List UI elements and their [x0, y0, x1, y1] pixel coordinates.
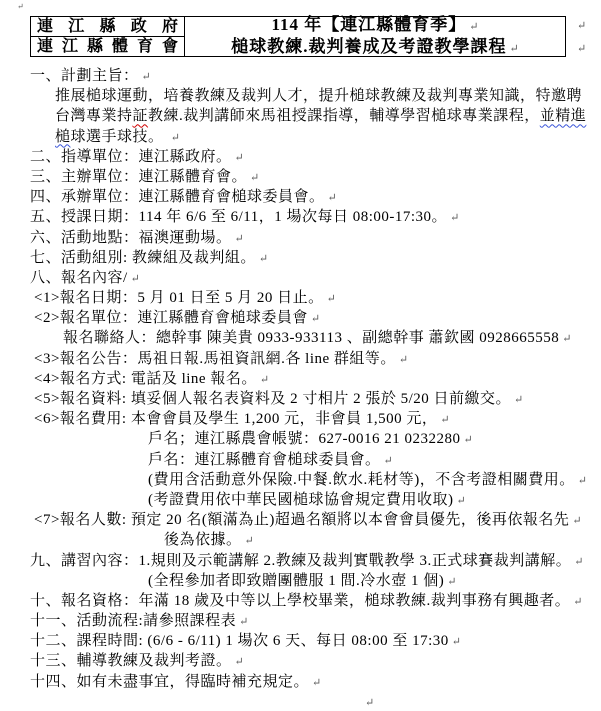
text-run: (考證費用依中華民國槌球協會規定費用收取) — [148, 492, 454, 508]
doc-line: 報名聯絡人：總幹事 陳美貴 0933-933113 、副總幹事 蕭欽國 0928… — [0, 328, 601, 348]
text-run: 一、計劃主旨： — [30, 68, 139, 84]
paragraph-mark: ↵ — [450, 212, 459, 224]
text-run: 戶名；連江縣農會帳號：627-0016 21 0232280 — [148, 431, 461, 447]
text-run: 台灣專業持 — [55, 108, 133, 124]
doc-line: 三、主辦單位：連江縣體育會。↵ — [0, 167, 601, 187]
text-run: <6>報名費用: 本會會員及學生 1,200 元，非會員 1,500 元， — [34, 411, 437, 427]
text-run: 二、指導單位：連江縣政府。 — [30, 149, 232, 165]
paragraph-mark: ↵ — [447, 576, 456, 588]
text-run: 六、活動地點：福澳運動場。 — [30, 230, 232, 246]
doc-line: 台灣專業持証教練.裁判講師來馬祖授課指導，輔導學習槌球專業課程，並精進 — [0, 106, 601, 126]
text-run: <4>報名方式: 電話及 line 報名。 — [34, 371, 257, 387]
paragraph-mark: ↵ — [312, 677, 321, 689]
org-name-sports-association: 連江縣體育會 — [31, 37, 184, 56]
doc-line: 槌球選手球技。 ↵ — [0, 127, 601, 147]
doc-line: <3>報名公告：馬祖日報.馬祖資訊網.各 line 群組等。↵ — [0, 349, 601, 369]
paragraph-mark: ↵ — [577, 19, 586, 32]
paragraph-mark: ↵ — [384, 455, 393, 467]
doc-line: 九、講習內容：1.規則及示範講解 2.教練及裁判實戰教學 3.正式球賽裁判講解。… — [0, 551, 601, 571]
doc-line: 五、授課日期：114 年 6/6 至 6/11，1 場次每日 08:00-17:… — [0, 207, 601, 227]
doc-line: 十、報名資格：年滿 18 歲及中等以上學校畢業，槌球教練.裁判事務有興趣者。↵ — [0, 591, 601, 611]
misspelled-text: 証 — [133, 108, 149, 124]
doc-line: 八、報名內容/↵ — [0, 268, 601, 288]
doc-line: (考證費用依中華民國槌球協會規定費用收取)↵ — [0, 490, 601, 510]
org-name-government: 連江縣政府 — [31, 17, 184, 37]
text-run: (全程參加者即致贈團體服 1 間.冷水壺 1 個) — [148, 573, 444, 589]
doc-line: 後為依據。↵ — [0, 530, 601, 550]
doc-line: <2>報名單位：連江縣體育會槌球委員會↵ — [0, 308, 601, 328]
paragraph-mark: ↵ — [574, 556, 583, 568]
paragraph-mark: ↵ — [327, 293, 336, 305]
paragraph-mark: ↵ — [399, 354, 408, 366]
paragraph-mark: ↵ — [245, 535, 254, 547]
text-run: <3>報名公告：馬祖日報.馬祖資訊網.各 line 群組等。 — [34, 351, 396, 367]
document-title-line-1: 114 年【連江縣體育季】↵ — [185, 15, 565, 37]
doc-line: (費用含活動意外保險.中餐.飲水.耗材等)，不含考證相關費用。↵ — [0, 470, 601, 490]
text-run: 八、報名內容/ — [30, 270, 128, 286]
doc-line: 六、活動地點：福澳運動場。↵ — [0, 228, 601, 248]
paragraph-mark: ↵ — [235, 152, 244, 164]
misspelled-text: 槌 — [55, 129, 71, 145]
paragraph-mark: ↵ — [328, 192, 337, 204]
text-run: (費用含活動意外保險.中餐.飲水.耗材等)，不含考證相關費用。 — [148, 472, 575, 488]
header-table: 連江縣政府 連江縣體育會 114 年【連江縣體育季】↵ 槌球教練.裁判養成及考證… — [30, 16, 566, 57]
paragraph-mark: ↵ — [562, 333, 571, 345]
doc-line: <1>報名日期：5 月 01 日至 5 月 20 日止。↵ — [0, 288, 601, 308]
doc-line: 十四、如有未盡事宜，得臨時補充規定。↵ — [0, 672, 601, 692]
text-run: <5>報名資料: 填妥個人報名表資料及 2 寸相片 2 張於 5/20 日前繳交… — [34, 391, 511, 407]
doc-line: 戶名：連江縣體育會槌球委員會。↵ — [0, 450, 601, 470]
doc-line: 十二、課程時間: (6/6 - 6/11) 1 場次 6 天、每日 08:00 … — [0, 631, 601, 651]
text-run: 十二、課程時間: (6/6 - 6/11) 1 場次 6 天、每日 08:00 … — [30, 633, 449, 649]
text-run: 戶名：連江縣體育會槌球委員會。 — [148, 452, 381, 468]
paragraph-mark: ↵ — [235, 656, 244, 668]
document-page: { "colors": { "background": "#ffffff", "… — [0, 0, 601, 711]
paragraph-mark: ↵ — [131, 273, 140, 285]
paragraph-mark: ↵ — [577, 42, 586, 55]
text-run: 十一、活動流程:請參照課程表 — [30, 613, 236, 629]
paragraph-mark: ↵ — [510, 43, 519, 55]
text-run: 五、授課日期：114 年 6/6 至 6/11，1 場次每日 08:00-17:… — [30, 209, 447, 225]
text-run: 球選手球技。 — [71, 129, 168, 145]
paragraph-mark: ↵ — [259, 253, 268, 265]
header-org-column: 連江縣政府 連江縣體育會 — [31, 17, 185, 56]
doc-line: <4>報名方式: 電話及 line 報名。↵ — [0, 369, 601, 389]
paragraph-mark: ↵ — [452, 636, 461, 648]
doc-line: ↵ — [0, 692, 601, 711]
text-run: 九、講習內容：1.規則及示範講解 2.教練及裁判實戰教學 3.正式球賽裁判講解。 — [30, 553, 571, 569]
doc-line: <6>報名費用: 本會會員及學生 1,200 元，非會員 1,500 元，↵ — [0, 409, 601, 429]
doc-line: 七、活動組別: 教練組及裁判組。↵ — [0, 248, 601, 268]
doc-line: <7>報名人數: 預定 20 名(額滿為止)超過名額將以本會會員優先，後再依報名… — [0, 510, 601, 530]
text-run: 報名聯絡人：總幹事 陳美貴 0933-933113 、副總幹事 蕭欽國 0928… — [63, 330, 559, 346]
paragraph-mark: ↵ — [572, 515, 581, 527]
misspelled-text: 並精進 — [540, 108, 587, 124]
doc-line: <5>報名資料: 填妥個人報名表資料及 2 寸相片 2 張於 5/20 日前繳交… — [0, 389, 601, 409]
document-lines: 一、計劃主旨：↵推展槌球運動，培養教練及裁判人才，提升槌球教練及裁判專業知識，特… — [0, 66, 601, 711]
document-title-line-2: 槌球教練.裁判養成及考證教學課程↵ — [185, 37, 565, 59]
text-run: 三、主辦單位：連江縣體育會。 — [30, 169, 247, 185]
text-run: 推展槌球運動，培養教練及裁判人才，提升槌球教練及裁判專業知識，特邀聘 — [55, 88, 582, 104]
paragraph-mark: ↵ — [578, 475, 587, 487]
text-run: 十三、輔導教練及裁判考證。 — [30, 653, 232, 669]
paragraph-mark: ↵ — [239, 616, 248, 628]
text-run: <2>報名單位：連江縣體育會槌球委員會 — [34, 310, 308, 326]
header-title-column: 114 年【連江縣體育季】↵ 槌球教練.裁判養成及考證教學課程↵ — [185, 17, 565, 56]
paragraph-mark: ↵ — [469, 21, 478, 33]
title-text: 114 年【連江縣體育季】 — [271, 15, 466, 34]
text-run: 後為依據。 — [164, 532, 242, 548]
doc-line: 四、承辦單位：連江縣體育會槌球委員會。↵ — [0, 187, 601, 207]
doc-line: 二、指導單位：連江縣政府。↵ — [0, 147, 601, 167]
paragraph-mark: ↵ — [17, 2, 24, 11]
doc-line: 十三、輔導教練及裁判考證。↵ — [0, 651, 601, 671]
doc-line: 十一、活動流程:請參照課程表↵ — [0, 611, 601, 631]
paragraph-mark: ↵ — [514, 394, 523, 406]
text-run: 十四、如有未盡事宜，得臨時補充規定。 — [30, 674, 309, 690]
text-run: <1>報名日期：5 月 01 日至 5 月 20 日止。 — [34, 290, 324, 306]
text-run: 四、承辦單位：連江縣體育會槌球委員會。 — [30, 189, 325, 205]
paragraph-mark: ↵ — [365, 697, 374, 709]
paragraph-mark: ↵ — [464, 434, 473, 446]
paragraph-mark: ↵ — [440, 414, 449, 426]
paragraph-mark: ↵ — [573, 596, 582, 608]
paragraph-mark: ↵ — [171, 132, 180, 144]
paragraph-mark: ↵ — [457, 495, 466, 507]
paragraph-mark: ↵ — [260, 374, 269, 386]
paragraph-mark: ↵ — [235, 233, 244, 245]
text-run: <7>報名人數: 預定 20 名(額滿為止)超過名額將以本會會員優先，後再依報名… — [34, 512, 569, 528]
paragraph-mark: ↵ — [250, 172, 259, 184]
text-run: 十、報名資格：年滿 18 歲及中等以上學校畢業，槌球教練.裁判事務有興趣者。 — [30, 593, 570, 609]
doc-line: (全程參加者即致贈團體服 1 間.冷水壺 1 個)↵ — [0, 571, 601, 591]
doc-line: 戶名；連江縣農會帳號：627-0016 21 0232280↵ — [0, 429, 601, 449]
text-run: 教練.裁判講師來馬祖授課指導，輔導學習槌球專業課程， — [148, 108, 540, 124]
doc-line: 一、計劃主旨：↵ — [0, 66, 601, 86]
title-text: 槌球教練.裁判養成及考證教學課程 — [231, 37, 506, 56]
paragraph-mark: ↵ — [142, 71, 151, 83]
doc-line: 推展槌球運動，培養教練及裁判人才，提升槌球教練及裁判專業知識，特邀聘 — [0, 86, 601, 106]
paragraph-mark: ↵ — [311, 313, 320, 325]
text-run: 七、活動組別: 教練組及裁判組。 — [30, 250, 256, 266]
